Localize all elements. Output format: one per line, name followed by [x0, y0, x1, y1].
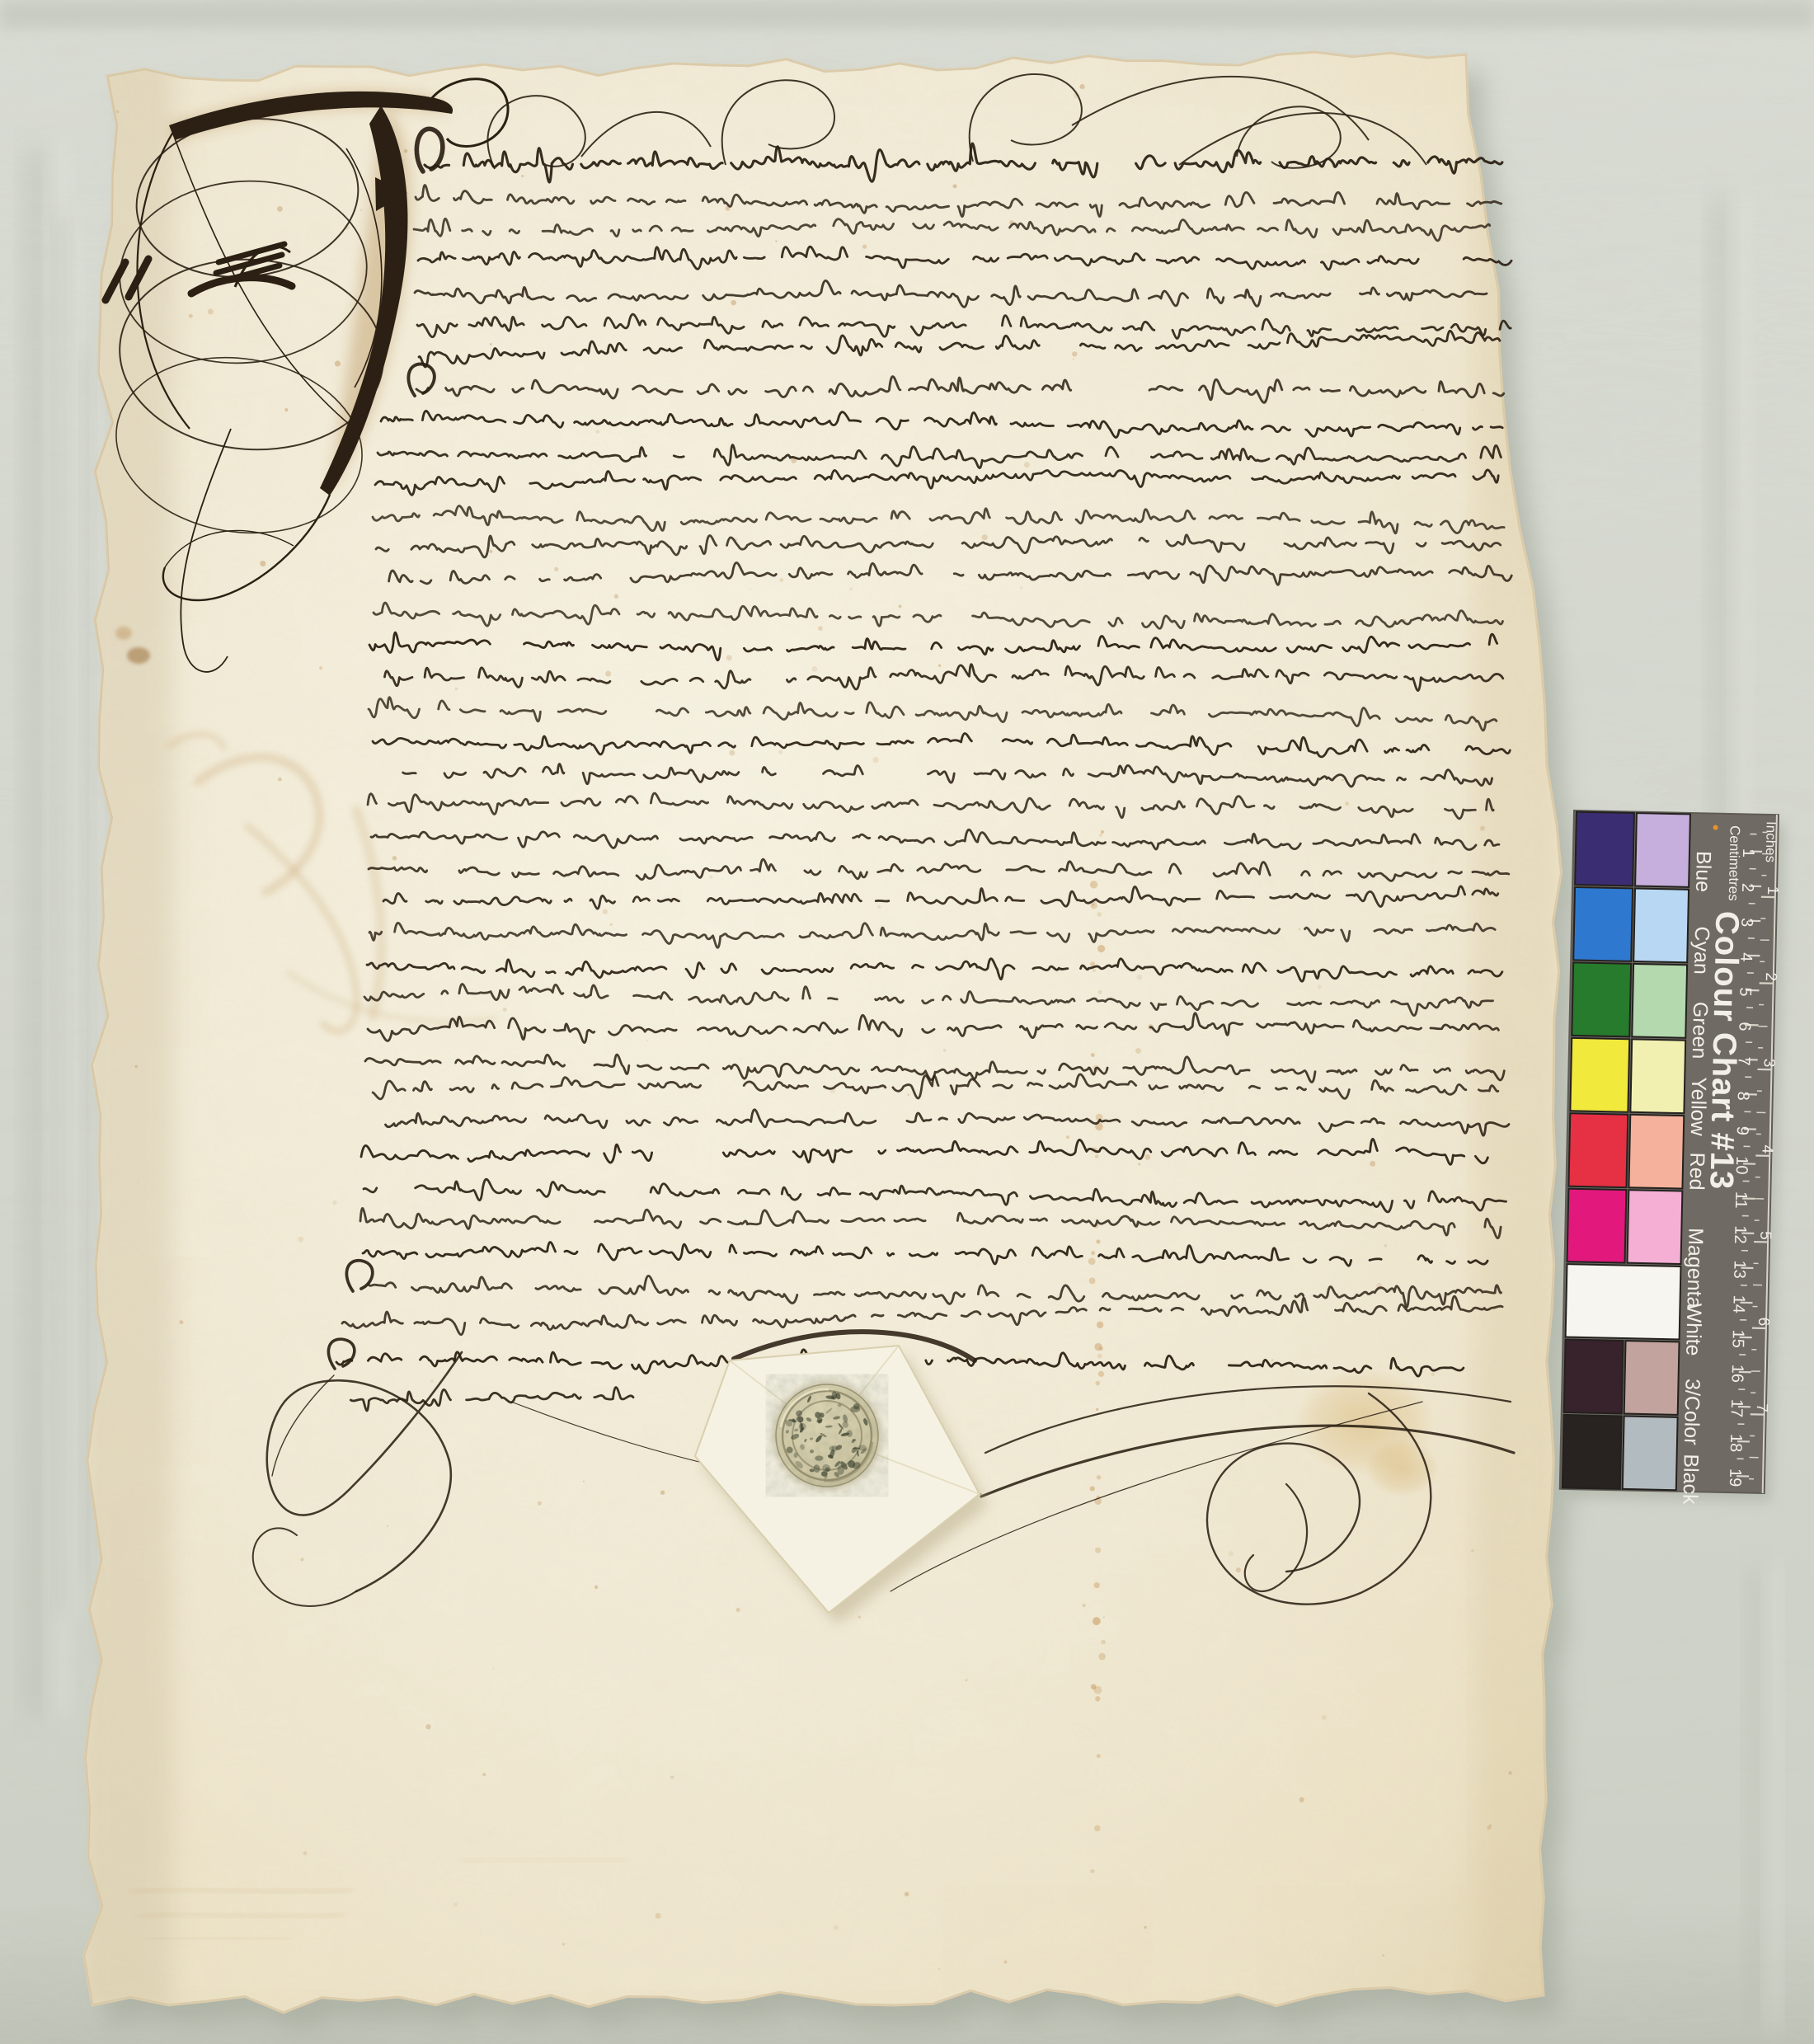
- foxing-speck: [492, 1668, 494, 1670]
- foxing-speck: [610, 923, 613, 926]
- foxing-speck: [1480, 826, 1485, 831]
- ruler-cm-number: 14: [1729, 1295, 1747, 1313]
- foxing-speck: [943, 1049, 947, 1052]
- foxing-speck: [284, 408, 288, 411]
- foxing-speck: [1271, 1359, 1274, 1361]
- chart-patch-white: [1566, 1264, 1681, 1339]
- foxing-speck: [1422, 409, 1423, 411]
- foxing-speck: [603, 909, 608, 914]
- foxing-speck: [503, 1008, 507, 1012]
- foxing-speck: [605, 670, 611, 676]
- foxing-speck: [1137, 975, 1143, 980]
- foxing-speck: [1298, 928, 1300, 930]
- paper-grain: [74, 33, 1575, 2028]
- foxing-speck: [1322, 1715, 1327, 1720]
- foxing-speck: [298, 1237, 303, 1243]
- foxing-speck: [965, 1678, 968, 1681]
- foxing-speck: [872, 757, 878, 763]
- foxing-speck: [179, 1320, 183, 1324]
- foxing-speck: [858, 1615, 861, 1619]
- foxing-speck: [1236, 1567, 1241, 1572]
- foxing-speck: [1431, 1372, 1436, 1376]
- backdrop-wrinkle-highlight: [1733, 198, 1748, 858]
- foxing-speck: [1079, 84, 1084, 89]
- foxing-speck: [953, 184, 957, 188]
- foxing-speck: [489, 550, 492, 553]
- chart-patch-solid: [1564, 1340, 1624, 1414]
- archival-photo: BlueCyanGreenYellowRedMagentaWhite3/Colo…: [0, 0, 1814, 2044]
- foxing-speck: [455, 688, 458, 691]
- chart-patch-solid: [1573, 887, 1633, 961]
- chart-row-label: Blue: [1691, 851, 1715, 893]
- foxing-speck: [818, 626, 823, 631]
- foxing-speck: [938, 1968, 941, 1971]
- foxing-speck: [849, 587, 852, 590]
- fold-stain-speck: [1089, 1277, 1096, 1284]
- ghost-mark: [140, 1914, 342, 1916]
- chart-patch-tint: [1630, 1039, 1685, 1113]
- foxing-speck: [1318, 984, 1322, 989]
- foxing-speck: [1138, 1163, 1140, 1166]
- foxing-speck: [208, 308, 214, 314]
- foxing-speck: [189, 314, 193, 318]
- foxing-speck: [899, 604, 902, 608]
- fold-stain-speck: [1088, 1257, 1096, 1265]
- foxing-speck: [614, 594, 618, 599]
- ruler-cm-number: 11: [1732, 1191, 1750, 1209]
- fold-stain-speck: [1090, 902, 1097, 909]
- foxing-speck: [726, 655, 732, 660]
- foxing-speck: [335, 360, 341, 366]
- chart-patch-tint: [1635, 813, 1690, 887]
- foxing-speck: [387, 1525, 388, 1527]
- foxing-speck: [134, 1065, 138, 1069]
- foxing-speck: [1101, 1640, 1106, 1645]
- fold-stain-speck: [1091, 1053, 1095, 1057]
- ruler-cm-number: 16: [1728, 1365, 1746, 1384]
- foxing-speck: [862, 245, 867, 249]
- foxing-speck: [138, 1182, 139, 1183]
- ruler-inch-number: 3: [1760, 1059, 1778, 1068]
- foxing-speck: [775, 241, 777, 242]
- foxing-speck: [834, 1925, 839, 1930]
- ruler-cm-number: 2: [1738, 883, 1756, 893]
- foxing-speck: [1203, 1092, 1205, 1094]
- foxing-speck: [812, 666, 818, 672]
- foxing-speck: [966, 1680, 967, 1681]
- foxing-speck: [554, 567, 558, 571]
- ruler-cm-number: 3: [1737, 918, 1755, 928]
- backdrop-wrinkle-highlight: [1767, 1567, 1779, 2028]
- fold-stain-speck: [1101, 830, 1104, 834]
- ruler-cm-number: 12: [1731, 1225, 1749, 1244]
- foxing-speck: [260, 561, 266, 566]
- round-stain-small: [1365, 1439, 1439, 1497]
- ruler-cm-number: 4: [1736, 952, 1755, 962]
- foxing-speck: [549, 190, 551, 192]
- foxing-speck: [453, 421, 454, 422]
- foxing-speck: [482, 1773, 486, 1776]
- foxing-speck: [1370, 1161, 1375, 1167]
- foxing-speck: [562, 1943, 565, 1946]
- fold-stain-speck: [1097, 912, 1102, 917]
- foxing-speck: [1490, 1824, 1492, 1826]
- foxing-speck: [1082, 1604, 1085, 1607]
- chart-patch-tint: [1624, 1341, 1680, 1415]
- foxing-speck: [1508, 1771, 1511, 1774]
- foxing-speck: [1020, 586, 1023, 590]
- fold-stain-speck: [1094, 1826, 1100, 1831]
- color-chart: BlueCyanGreenYellowRedMagentaWhite3/Colo…: [1559, 811, 1785, 1506]
- fold-stain-speck: [1091, 1251, 1095, 1255]
- foxing-speck: [907, 1094, 909, 1096]
- foxing-speck: [1271, 577, 1273, 579]
- foxing-speck: [646, 1040, 648, 1041]
- fold-stain-speck: [1095, 1696, 1100, 1701]
- fold-stain-speck: [1098, 1653, 1106, 1661]
- edge-blotch: [115, 627, 132, 640]
- backdrop-top-edge-shade: [0, 0, 1814, 28]
- foxing-speck: [301, 1558, 304, 1562]
- foxing-speck: [490, 343, 492, 345]
- fold-stain-speck: [1093, 969, 1097, 973]
- foxing-speck: [778, 750, 782, 754]
- foxing-speck: [392, 856, 397, 861]
- foxing-speck: [729, 750, 735, 756]
- fold-stain-speck: [1090, 881, 1097, 888]
- chart-row-label: Magenta: [1682, 1228, 1707, 1309]
- fold-stain-speck: [1093, 1617, 1101, 1625]
- fold-stain-speck: [1099, 834, 1102, 837]
- fold-stain-speck: [1096, 1239, 1100, 1243]
- fold-stain-speck: [1097, 945, 1105, 952]
- foxing-speck: [905, 1892, 909, 1896]
- foxing-speck: [877, 905, 881, 909]
- ruler-cm-number: 1: [1739, 848, 1757, 858]
- ruler-inch-number: 6: [1755, 1317, 1772, 1326]
- fold-stain-speck: [1094, 1343, 1102, 1351]
- ruler-cm-number: 9: [1733, 1125, 1751, 1135]
- ruler-cm-number: 6: [1735, 1022, 1753, 1031]
- foxing-speck: [1024, 462, 1030, 468]
- foxing-speck: [453, 1902, 458, 1906]
- foxing-speck: [360, 209, 363, 211]
- foxing-speck: [736, 1608, 740, 1612]
- chart-patch-solid: [1572, 962, 1631, 1036]
- backdrop-wrinkle-shadow: [1711, 198, 1731, 858]
- fold-stain-speck: [1098, 990, 1102, 994]
- ruler-cm-number: 7: [1735, 1056, 1753, 1066]
- foxing-speck: [1003, 1961, 1007, 1964]
- ruler-cm-number: 17: [1727, 1399, 1746, 1418]
- ruler-inch-number: 5: [1756, 1231, 1774, 1240]
- backdrop-wrinkle-highlight: [71, 214, 81, 1616]
- chart-patch-solid: [1563, 1415, 1622, 1489]
- fold-stain-speck: [1095, 1548, 1101, 1553]
- foxing-speck: [538, 1501, 542, 1506]
- chart-patch-solid: [1570, 1038, 1629, 1112]
- backdrop-wrinkle-shadow: [56, 214, 69, 1616]
- chart-patch-tint: [1628, 1115, 1684, 1189]
- ruler-cm-number: 8: [1734, 1091, 1752, 1101]
- foxing-speck: [1072, 351, 1077, 356]
- foxing-speck: [1384, 1244, 1387, 1248]
- foxing-speck: [303, 1851, 308, 1855]
- ruler-cm-number: 5: [1736, 987, 1754, 997]
- foxing-speck: [1382, 1954, 1384, 1957]
- backdrop-wrinkle-shadow: [82, 346, 92, 1583]
- ruler-inch-number: 2: [1762, 972, 1779, 981]
- fold-stain-speck: [1097, 1754, 1101, 1758]
- ruler-cm-number: 15: [1728, 1329, 1746, 1348]
- edge-blotch: [127, 647, 150, 664]
- fold-stain-speck: [1096, 1381, 1101, 1386]
- foxing-speck: [1135, 1048, 1141, 1054]
- foxing-speck: [1345, 801, 1349, 806]
- foxing-speck: [938, 665, 941, 667]
- foxing-speck: [116, 110, 120, 114]
- foxing-speck: [583, 1481, 585, 1482]
- ruler-inch-number: 4: [1758, 1144, 1775, 1154]
- foxing-speck: [594, 1586, 598, 1589]
- fold-stain-speck: [1091, 1685, 1097, 1690]
- chart-row-label: Black: [1678, 1454, 1702, 1505]
- foxing-speck: [1103, 1616, 1105, 1618]
- foxing-speck: [319, 666, 322, 670]
- backdrop-wrinkle-shadow: [25, 148, 48, 1715]
- chart-patch-tint: [1628, 1190, 1683, 1264]
- foxing-speck: [1144, 1154, 1150, 1160]
- foxing-speck: [779, 578, 783, 582]
- foxing-speck: [1471, 1549, 1474, 1553]
- foxing-speck: [332, 1201, 337, 1205]
- fold-stain-speck: [1097, 1322, 1103, 1328]
- ruler-inch-number: 1: [1764, 886, 1781, 895]
- foxing-speck: [1229, 1551, 1234, 1556]
- chart-patch-tint: [1632, 964, 1687, 1038]
- chart-patch-solid: [1567, 1189, 1627, 1263]
- fold-stain-speck: [1097, 1475, 1101, 1479]
- chart-patch-tint: [1633, 889, 1689, 963]
- ruler-cm-number: 13: [1730, 1260, 1748, 1279]
- foxing-speck: [709, 875, 713, 879]
- foxing-speck: [660, 1491, 665, 1495]
- ghost-mark: [148, 1938, 289, 1939]
- foxing-speck: [277, 206, 283, 212]
- foxing-speck: [731, 300, 736, 306]
- ruler-cm-number: 18: [1727, 1434, 1745, 1453]
- chart-row-label: White: [1681, 1303, 1705, 1356]
- fold-stain-speck: [1090, 1869, 1094, 1873]
- foxing-speck: [1144, 1926, 1146, 1929]
- backdrop-wrinkle-shadow: [1748, 1567, 1765, 2028]
- ruler-cm-number: 19: [1726, 1468, 1744, 1487]
- foxing-speck: [656, 1913, 661, 1919]
- paper-aging-details: [74, 33, 1575, 2028]
- fold-stain-speck: [1097, 1354, 1102, 1359]
- ruler-inch-number: 7: [1753, 1403, 1770, 1412]
- archival-photo-page: BlueCyanGreenYellowRedMagentaWhite3/Colo…: [0, 0, 1814, 2044]
- chart-patch-solid: [1568, 1113, 1628, 1187]
- foxing-speck: [521, 175, 524, 177]
- fold-stain-speck: [1096, 1408, 1098, 1411]
- foxing-speck: [1299, 1797, 1304, 1802]
- chart-patch-tint: [1623, 1416, 1678, 1490]
- foxing-speck: [425, 1724, 430, 1729]
- chart-patch-solid: [1575, 812, 1634, 886]
- foxing-speck: [750, 588, 751, 590]
- foxing-speck: [670, 1775, 674, 1779]
- foxing-speck: [596, 430, 599, 433]
- fold-stain-speck: [1090, 1486, 1095, 1491]
- chart-row-label: 3/Color: [1680, 1379, 1704, 1445]
- foxing-speck: [278, 778, 282, 782]
- fold-stain-speck: [1098, 1371, 1104, 1377]
- foxing-speck: [1342, 779, 1344, 782]
- foxing-speck: [1066, 1135, 1069, 1139]
- foxing-speck: [1073, 359, 1074, 360]
- foxing-speck: [982, 534, 988, 540]
- ruler-cm-number: 10: [1732, 1156, 1751, 1175]
- foxing-speck: [430, 1379, 434, 1383]
- fold-stain-speck: [1095, 1154, 1099, 1158]
- fold-stain-speck: [1094, 1582, 1100, 1588]
